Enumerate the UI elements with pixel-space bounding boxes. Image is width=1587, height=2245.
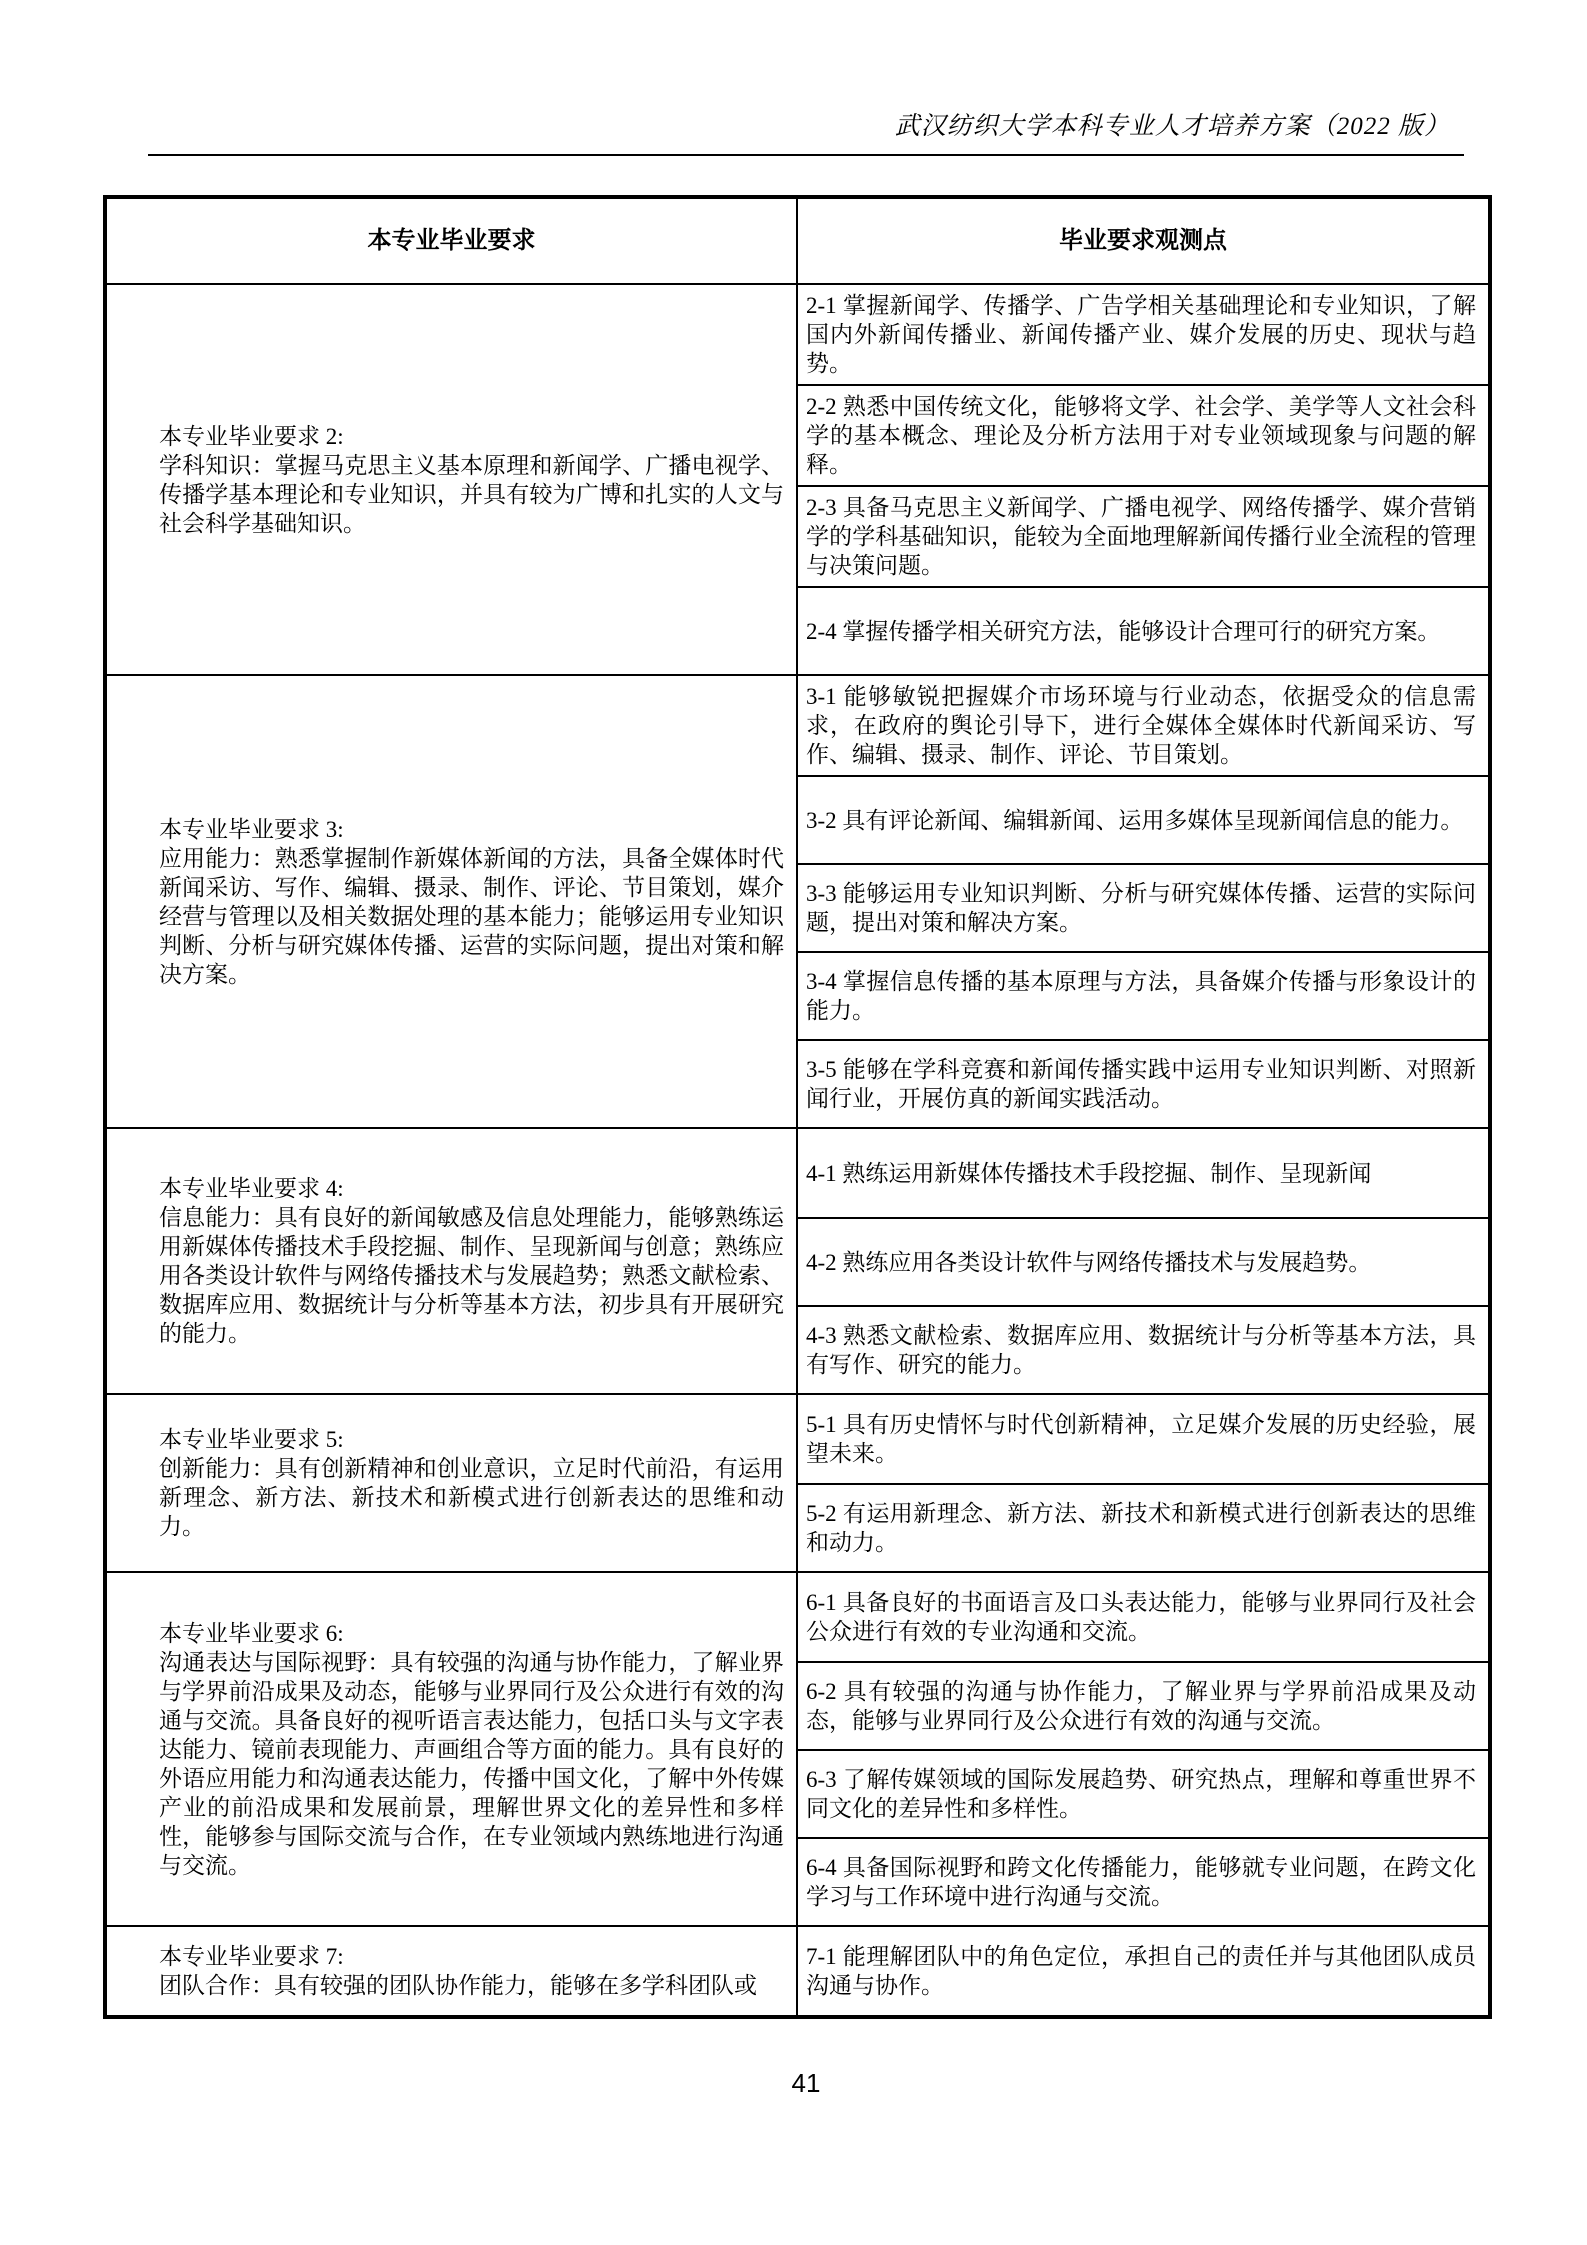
requirement-row: 本专业毕业要求 4: 信息能力：具有良好的新闻敏感及信息处理能力，能够熟练运用新… <box>107 1129 1488 1395</box>
column-header-requirements: 本专业毕业要求 <box>107 199 798 283</box>
observation-points-group: 2-1 掌握新闻学、传播学、广告学相关基础理论和专业知识，了解国内外新闻传播业、… <box>798 285 1488 674</box>
observation-points-group: 3-1 能够敏锐把握媒介市场环境与行业动态，依据受众的信息需求，在政府的舆论引导… <box>798 676 1488 1127</box>
requirement-row: 本专业毕业要求 3: 应用能力：熟悉掌握制作新媒体新闻的方法，具备全媒体时代新闻… <box>107 676 1488 1129</box>
requirement-row: 本专业毕业要求 5: 创新能力：具有创新精神和创业意识，立足时代前沿，有运用新理… <box>107 1395 1488 1573</box>
observation-point-text: 2-4 掌握传播学相关研究方法，能够设计合理可行的研究方案。 <box>806 617 1476 646</box>
requirement-title: 本专业毕业要求 5: <box>159 1425 784 1454</box>
observation-point-text: 4-2 熟练应用各类设计软件与网络传播技术与发展趋势。 <box>806 1248 1476 1277</box>
observation-points-group: 7-1 能理解团队中的角色定位，承担自己的责任并与其他团队成员沟通与协作。 <box>798 1927 1488 2015</box>
observation-point-cell: 3-1 能够敏锐把握媒介市场环境与行业动态，依据受众的信息需求，在政府的舆论引导… <box>798 676 1488 775</box>
observation-point-cell: 6-3 了解传媒领域的国际发展趋势、研究热点，理解和尊重世界不同文化的差异性和多… <box>798 1749 1488 1837</box>
requirement-title: 本专业毕业要求 3: <box>159 815 784 844</box>
observation-point-cell: 5-2 有运用新理念、新方法、新技术和新模式进行创新表达的思维和动力。 <box>798 1483 1488 1571</box>
observation-point-cell: 3-4 掌握信息传播的基本原理与方法，具备媒介传播与形象设计的能力。 <box>798 951 1488 1039</box>
observation-points-group: 6-1 具备良好的书面语言及口头表达能力，能够与业界同行及社会公众进行有效的专业… <box>798 1573 1488 1925</box>
column-header-observation-points: 毕业要求观测点 <box>798 199 1488 283</box>
observation-point-cell: 3-2 具有评论新闻、编辑新闻、运用多媒体呈现新闻信息的能力。 <box>798 775 1488 863</box>
requirement-title: 本专业毕业要求 2: <box>159 422 784 451</box>
observation-point-cell: 6-2 具有较强的沟通与协作能力，了解业界与学界前沿成果及动态，能够与业界同行及… <box>798 1661 1488 1749</box>
observation-point-text: 6-3 了解传媒领域的国际发展趋势、研究热点，理解和尊重世界不同文化的差异性和多… <box>806 1765 1476 1823</box>
observation-point-text: 5-2 有运用新理念、新方法、新技术和新模式进行创新表达的思维和动力。 <box>806 1499 1476 1557</box>
observation-point-text: 3-2 具有评论新闻、编辑新闻、运用多媒体呈现新闻信息的能力。 <box>806 806 1476 835</box>
observation-point-text: 4-1 熟练运用新媒体传播技术手段挖掘、制作、呈现新闻 <box>806 1159 1476 1188</box>
observation-point-text: 6-4 具备国际视野和跨文化传播能力，能够就专业问题，在跨文化学习与工作环境中进… <box>806 1853 1476 1911</box>
observation-point-cell: 7-1 能理解团队中的角色定位，承担自己的责任并与其他团队成员沟通与协作。 <box>798 1927 1488 2015</box>
requirement-cell: 本专业毕业要求 2: 学科知识：掌握马克思主义基本原理和新闻学、广播电视学、传播… <box>107 285 798 674</box>
requirement-title: 本专业毕业要求 6: <box>159 1619 784 1648</box>
observation-point-text: 3-3 能够运用专业知识判断、分析与研究媒体传播、运营的实际问题，提出对策和解决… <box>806 879 1476 937</box>
requirement-title: 本专业毕业要求 4: <box>159 1174 784 1203</box>
requirement-title: 本专业毕业要求 7: <box>159 1942 784 1971</box>
requirement-description: 信息能力：具有良好的新闻敏感及信息处理能力，能够熟练运用新媒体传播技术手段挖掘、… <box>159 1203 784 1348</box>
observation-point-text: 3-5 能够在学科竞赛和新闻传播实践中运用专业知识判断、对照新闻行业，开展仿真的… <box>806 1055 1476 1113</box>
observation-point-cell: 3-5 能够在学科竞赛和新闻传播实践中运用专业知识判断、对照新闻行业，开展仿真的… <box>798 1039 1488 1127</box>
requirement-description: 学科知识：掌握马克思主义基本原理和新闻学、广播电视学、传播学基本理论和专业知识，… <box>159 451 784 538</box>
observation-point-text: 2-2 熟悉中国传统文化，能够将文学、社会学、美学等人文社会科学的基本概念、理论… <box>806 392 1476 479</box>
observation-point-cell: 2-3 具备马克思主义新闻学、广播电视学、网络传播学、媒介营销学的学科基础知识，… <box>798 485 1488 586</box>
requirement-description: 沟通表达与国际视野：具有较强的沟通与协作能力，了解业界与学界前沿成果及动态，能够… <box>159 1648 784 1880</box>
observation-point-cell: 4-2 熟练应用各类设计软件与网络传播技术与发展趋势。 <box>798 1217 1488 1305</box>
header-rule <box>148 154 1464 156</box>
observation-point-cell: 6-1 具备良好的书面语言及口头表达能力，能够与业界同行及社会公众进行有效的专业… <box>798 1573 1488 1661</box>
requirement-description: 创新能力：具有创新精神和创业意识，立足时代前沿，有运用新理念、新方法、新技术和新… <box>159 1454 784 1541</box>
observation-point-text: 2-3 具备马克思主义新闻学、广播电视学、网络传播学、媒介营销学的学科基础知识，… <box>806 493 1476 580</box>
observation-point-text: 3-4 掌握信息传播的基本原理与方法，具备媒介传播与形象设计的能力。 <box>806 967 1476 1025</box>
observation-point-text: 2-1 掌握新闻学、传播学、广告学相关基础理论和专业知识，了解国内外新闻传播业、… <box>806 291 1476 378</box>
table-header-row: 本专业毕业要求 毕业要求观测点 <box>107 199 1488 285</box>
observation-point-text: 7-1 能理解团队中的角色定位，承担自己的责任并与其他团队成员沟通与协作。 <box>806 1942 1476 2000</box>
observation-point-cell: 2-2 熟悉中国传统文化，能够将文学、社会学、美学等人文社会科学的基本概念、理论… <box>798 384 1488 485</box>
observation-point-text: 4-3 熟悉文献检索、数据库应用、数据统计与分析等基本方法，具有写作、研究的能力… <box>806 1321 1476 1379</box>
table-body: 本专业毕业要求 2: 学科知识：掌握马克思主义基本原理和新闻学、广播电视学、传播… <box>107 285 1488 2015</box>
observation-point-text: 6-2 具有较强的沟通与协作能力，了解业界与学界前沿成果及动态，能够与业界同行及… <box>806 1677 1476 1735</box>
observation-points-group: 4-1 熟练运用新媒体传播技术手段挖掘、制作、呈现新闻4-2 熟练应用各类设计软… <box>798 1129 1488 1393</box>
observation-point-text: 5-1 具有历史情怀与时代创新精神，立足媒介发展的历史经验，展望未来。 <box>806 1410 1476 1468</box>
requirement-cell: 本专业毕业要求 6: 沟通表达与国际视野：具有较强的沟通与协作能力，了解业界与学… <box>107 1573 798 1925</box>
page-number: 41 <box>148 2068 1464 2099</box>
requirement-row: 本专业毕业要求 7: 团队合作：具有较强的团队协作能力，能够在多学科团队或 7-… <box>107 1927 1488 2015</box>
requirement-row: 本专业毕业要求 6: 沟通表达与国际视野：具有较强的沟通与协作能力，了解业界与学… <box>107 1573 1488 1927</box>
requirement-cell: 本专业毕业要求 5: 创新能力：具有创新精神和创业意识，立足时代前沿，有运用新理… <box>107 1395 798 1571</box>
requirement-description: 团队合作：具有较强的团队协作能力，能够在多学科团队或 <box>159 1971 784 2000</box>
observation-point-text: 3-1 能够敏锐把握媒介市场环境与行业动态，依据受众的信息需求，在政府的舆论引导… <box>806 682 1476 769</box>
observation-point-cell: 2-1 掌握新闻学、传播学、广告学相关基础理论和专业知识，了解国内外新闻传播业、… <box>798 285 1488 384</box>
observation-point-cell: 6-4 具备国际视野和跨文化传播能力，能够就专业问题，在跨文化学习与工作环境中进… <box>798 1837 1488 1925</box>
requirement-description: 应用能力：熟悉掌握制作新媒体新闻的方法，具备全媒体时代新闻采访、写作、编辑、摄录… <box>159 844 784 989</box>
observation-point-cell: 3-3 能够运用专业知识判断、分析与研究媒体传播、运营的实际问题，提出对策和解决… <box>798 863 1488 951</box>
observation-point-text: 6-1 具备良好的书面语言及口头表达能力，能够与业界同行及社会公众进行有效的专业… <box>806 1588 1476 1646</box>
requirement-cell: 本专业毕业要求 7: 团队合作：具有较强的团队协作能力，能够在多学科团队或 <box>107 1927 798 2015</box>
requirements-table: 本专业毕业要求 毕业要求观测点 本专业毕业要求 2: 学科知识：掌握马克思主义基… <box>103 195 1492 2019</box>
observation-point-cell: 4-3 熟悉文献检索、数据库应用、数据统计与分析等基本方法，具有写作、研究的能力… <box>798 1305 1488 1393</box>
requirement-cell: 本专业毕业要求 3: 应用能力：熟悉掌握制作新媒体新闻的方法，具备全媒体时代新闻… <box>107 676 798 1127</box>
observation-point-cell: 4-1 熟练运用新媒体传播技术手段挖掘、制作、呈现新闻 <box>798 1129 1488 1217</box>
observation-points-group: 5-1 具有历史情怀与时代创新精神，立足媒介发展的历史经验，展望未来。5-2 有… <box>798 1395 1488 1571</box>
requirement-cell: 本专业毕业要求 4: 信息能力：具有良好的新闻敏感及信息处理能力，能够熟练运用新… <box>107 1129 798 1393</box>
observation-point-cell: 5-1 具有历史情怀与时代创新精神，立足媒介发展的历史经验，展望未来。 <box>798 1395 1488 1483</box>
requirement-row: 本专业毕业要求 2: 学科知识：掌握马克思主义基本原理和新闻学、广播电视学、传播… <box>107 285 1488 676</box>
page-header-title: 武汉纺织大学本科专业人才培养方案（2022 版） <box>148 106 1450 142</box>
observation-point-cell: 2-4 掌握传播学相关研究方法，能够设计合理可行的研究方案。 <box>798 586 1488 674</box>
